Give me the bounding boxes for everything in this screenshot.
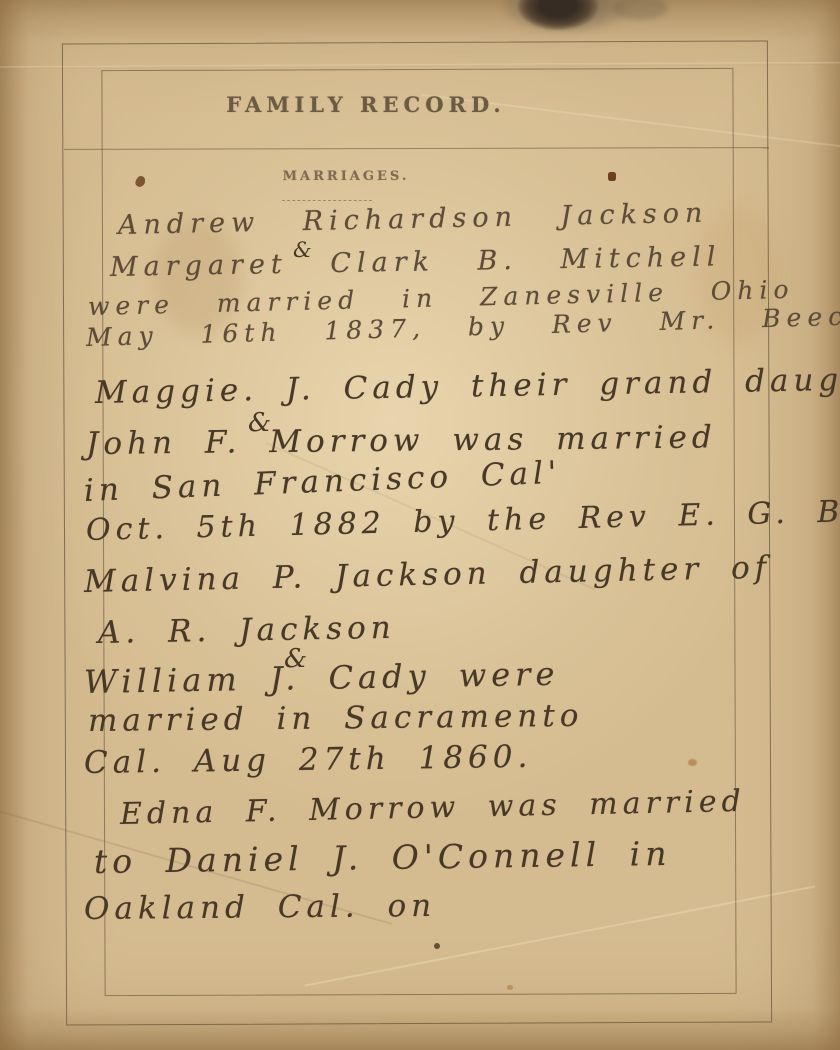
page-title: FAMILY RECORD. [226, 92, 505, 117]
section-title: MARRIAGES. [283, 169, 410, 184]
ink-blot-stain [518, 0, 598, 30]
entry-2-line-2: John F. Morrow was married [86, 419, 717, 462]
section-underline [282, 200, 372, 201]
entry-3-line-2: A. R. Jackson [98, 610, 396, 651]
entry-4-line-2: to Daniel J. O'Connell in [94, 834, 672, 881]
entry-4-line-3: Oakland Cal. on [84, 888, 437, 927]
ink-blot-halo [500, 0, 630, 34]
family-record-page: FAMILY RECORD. MARRIAGES. Andrew Richard… [0, 0, 840, 1050]
entry-3-line-5: Cal. Aug 27th 1860. [84, 739, 533, 781]
entry-3-line-4: married in Sacramento [88, 698, 584, 739]
smudge-stain [612, 0, 668, 20]
